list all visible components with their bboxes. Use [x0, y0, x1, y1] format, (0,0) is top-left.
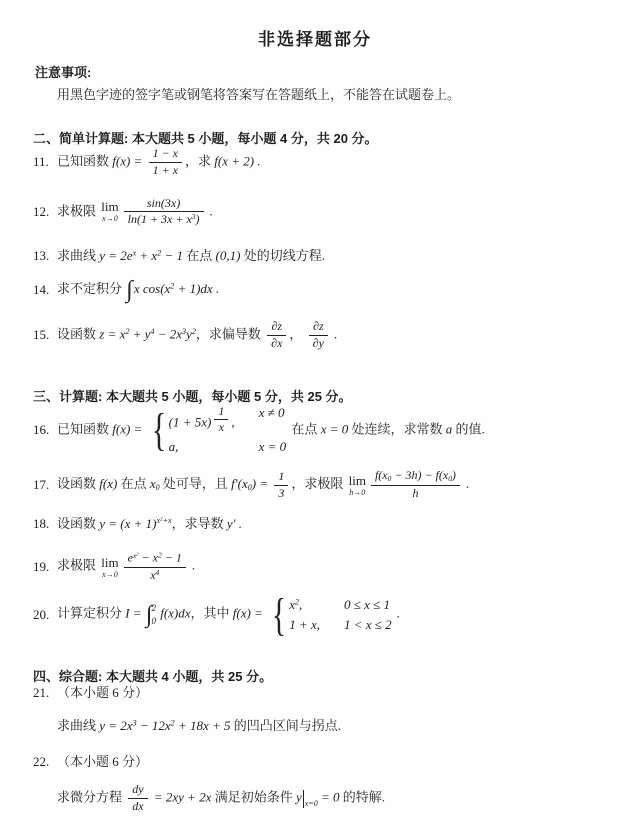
question-body: 已知函数 f(x) = 1 − x1 + x，求 f(x + 2) . — [57, 147, 261, 178]
question-number: 11. — [33, 154, 57, 170]
question-number: 14. — [33, 282, 57, 298]
question-row-22-head: 22. （本小题 6 分） — [33, 753, 620, 771]
question-body: 求曲线 y = 2ex + x2 − 1 在点 (0,1) 处的切线方程. — [57, 248, 325, 264]
question-row-15: 15. 设函数 z = x2 + y4 − 2x3y2，求偏导数 ∂z∂x， ∂… — [33, 317, 620, 353]
notice-body: 用黑色字迹的签字笔或钢笔将答案写在答题纸上，不能答在试题卷上。 — [57, 84, 460, 103]
exam-page: 非选择题部分 注意事项: 用黑色字迹的签字笔或钢笔将答案写在答题纸上，不能答在试… — [0, 0, 630, 829]
question-body: 求不定积分 ∫x cos(x2 + 1)dx . — [57, 278, 219, 302]
question-row-22-body: 求微分方程 dydx = 2xy + 2x 满足初始条件 yx=0 = 0 的特… — [33, 780, 620, 816]
question-number: 15. — [33, 327, 57, 343]
question-body: （本小题 6 分） — [57, 685, 148, 701]
question-row-16: 16. 已知函数 f(x) = {(1 + 5x)1x,x ≠ 0a,x = 0… — [33, 404, 620, 456]
question-number: 17. — [33, 477, 57, 493]
question-row-21-body: 求曲线 y = 2x3 − 12x2 + 18x + 5 的凹凸区间与拐点. — [33, 716, 620, 736]
question-row-12: 12. 求极限 limx→0sin(3x)ln(1 + 3x + x3) . — [33, 188, 620, 236]
question-body: 求曲线 y = 2x3 − 12x2 + 18x + 5 的凹凸区间与拐点. — [57, 718, 341, 734]
question-row-18: 18. 设函数 y = (x + 1)x2+x，求导数 y′ . — [33, 513, 620, 535]
question-row-11: 11. 已知函数 f(x) = 1 − x1 + x，求 f(x + 2) . — [33, 140, 620, 184]
question-body: （本小题 6 分） — [57, 754, 148, 770]
question-number: 13. — [33, 248, 57, 264]
question-row-20: 20. 计算定积分 I = ∫20 f(x)dx，其中 f(x) = {x2,0… — [33, 591, 620, 639]
section-heading-3: 三、计算题: 本大题共 5 小题，每小题 5 分，共 25 分。 — [33, 386, 614, 405]
question-number: 18. — [33, 516, 57, 532]
page-title: 非选择题部分 — [0, 25, 630, 50]
notice-heading: 注意事项: — [35, 62, 91, 81]
question-number: 19. — [33, 559, 57, 575]
question-row-21-head: 21. （本小题 6 分） — [33, 684, 620, 702]
question-row-17: 17. 设函数 f(x) 在点 x0 处可导，且 f′(x0) = 13，求极限… — [33, 462, 620, 508]
question-number: 22. — [33, 754, 57, 770]
question-body: 设函数 y = (x + 1)x2+x，求导数 y′ . — [57, 516, 242, 532]
question-number: 16. — [33, 422, 57, 438]
question-row-19: 19. 求极限 limx→0ex2 − x2 − 1x4 . — [33, 544, 620, 590]
question-body: 设函数 z = x2 + y4 − 2x3y2，求偏导数 ∂z∂x， ∂z∂y … — [57, 320, 337, 351]
question-body: 计算定积分 I = ∫20 f(x)dx，其中 f(x) = {x2,0 ≤ x… — [57, 595, 400, 634]
question-number: 20. — [33, 607, 57, 623]
section-heading-4: 四、综合题: 本大题共 4 小题，共 25 分。 — [33, 666, 614, 685]
question-body: 设函数 f(x) 在点 x0 处可导，且 f′(x0) = 13，求极限 lim… — [57, 469, 469, 501]
question-body: 求极限 limx→0ex2 − x2 − 1x4 . — [57, 551, 195, 582]
question-row-13: 13. 求曲线 y = 2ex + x2 − 1 在点 (0,1) 处的切线方程… — [33, 246, 620, 266]
question-body: 求微分方程 dydx = 2xy + 2x 满足初始条件 yx=0 = 0 的特… — [57, 783, 385, 814]
question-number: 21. — [33, 685, 57, 701]
question-body: 求极限 limx→0sin(3x)ln(1 + 3x + x3) . — [57, 197, 213, 228]
question-number: 12. — [33, 204, 57, 220]
question-body: 已知函数 f(x) = {(1 + 5x)1x,x ≠ 0a,x = 0 在点 … — [57, 405, 485, 456]
question-row-14: 14. 求不定积分 ∫x cos(x2 + 1)dx . — [33, 277, 620, 303]
